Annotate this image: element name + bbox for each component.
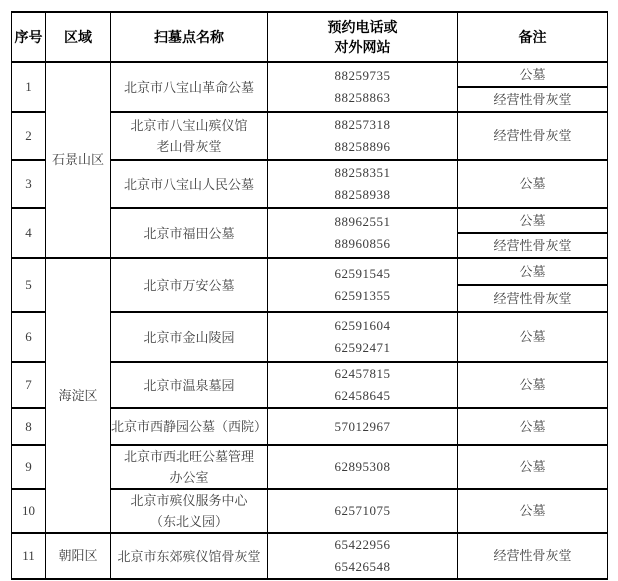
phone-cell: 62571075: [268, 489, 458, 533]
phone-number: 62895308: [268, 456, 457, 478]
seq-cell: 10: [12, 489, 46, 533]
site-name-line: 北京市万安公墓: [111, 275, 267, 296]
remark-cell: 公墓: [458, 258, 608, 285]
region-cell-haidian: 海淀区: [46, 258, 111, 533]
site-name-cell: 北京市东郊殡仪馆骨灰堂: [111, 533, 268, 579]
phone-number: 62591355: [268, 285, 457, 307]
phone-number: 57012967: [268, 416, 457, 438]
region-cell-shijingshan: 石景山区: [46, 62, 111, 258]
seq-cell: 7: [12, 362, 46, 408]
site-name-line: 北京市福田公墓: [111, 223, 267, 244]
site-name-cell: 北京市金山陵园: [111, 312, 268, 362]
remark-cell: 经营性骨灰堂: [458, 233, 608, 258]
table-row: 11 朝阳区 北京市东郊殡仪馆骨灰堂 65422956 65426548 经营性…: [12, 533, 608, 579]
header-seq: 序号: [12, 12, 46, 62]
site-name-line: 老山骨灰堂: [111, 136, 267, 157]
remark-cell: 公墓: [458, 160, 608, 208]
phone-number: 88960856: [268, 233, 457, 255]
site-name-cell: 北京市温泉墓园: [111, 362, 268, 408]
phone-cell: 62457815 62458645: [268, 362, 458, 408]
site-name-line: 北京市八宝山殡仪馆: [111, 115, 267, 136]
remark-cell: 公墓: [458, 208, 608, 233]
phone-number: 88259735: [268, 65, 457, 87]
phone-number: 88962551: [268, 211, 457, 233]
phone-number: 62592471: [268, 337, 457, 359]
site-name-cell: 北京市殡仪服务中心 （东北义园）: [111, 489, 268, 533]
site-name-cell: 北京市西北旺公墓管理 办公室: [111, 445, 268, 489]
site-name-line: （东北义园）: [111, 511, 267, 532]
phone-cell: 88257318 88258896: [268, 112, 458, 160]
seq-cell: 9: [12, 445, 46, 489]
phone-cell: 88258351 88258938: [268, 160, 458, 208]
remark-cell: 经营性骨灰堂: [458, 87, 608, 112]
phone-number: 65426548: [268, 556, 457, 578]
phone-number: 65422956: [268, 534, 457, 556]
phone-number: 62571075: [268, 500, 457, 522]
seq-cell: 2: [12, 112, 46, 160]
phone-number: 62457815: [268, 363, 457, 385]
phone-cell: 62895308: [268, 445, 458, 489]
header-site-name: 扫墓点名称: [111, 12, 268, 62]
site-name-cell: 北京市福田公墓: [111, 208, 268, 258]
remark-cell: 公墓: [458, 489, 608, 533]
seq-cell: 3: [12, 160, 46, 208]
remark-cell: 公墓: [458, 362, 608, 408]
remark-cell: 经营性骨灰堂: [458, 112, 608, 160]
site-name-line: 北京市西北旺公墓管理: [111, 446, 267, 467]
site-name-line: 北京市温泉墓园: [111, 375, 267, 396]
remark-cell: 经营性骨灰堂: [458, 285, 608, 312]
site-name-cell: 北京市万安公墓: [111, 258, 268, 312]
seq-cell: 1: [12, 62, 46, 112]
remark-cell: 经营性骨灰堂: [458, 533, 608, 579]
table-row: 5 海淀区 北京市万安公墓 62591545 62591355 公墓: [12, 258, 608, 285]
header-phone-line2: 对外网站: [268, 37, 457, 57]
region-cell-chaoyang: 朝阳区: [46, 533, 111, 579]
seq-cell: 6: [12, 312, 46, 362]
site-name-line: 北京市八宝山人民公墓: [111, 174, 267, 195]
phone-number: 62591604: [268, 315, 457, 337]
table-header-row: 序号 区域 扫墓点名称 预约电话或 对外网站 备注: [12, 12, 608, 62]
phone-cell: 65422956 65426548: [268, 533, 458, 579]
site-name-line: 北京市殡仪服务中心: [111, 490, 267, 511]
site-name-cell: 北京市八宝山殡仪馆 老山骨灰堂: [111, 112, 268, 160]
site-name-line: 办公室: [111, 467, 267, 488]
seq-cell: 5: [12, 258, 46, 312]
phone-cell: 62591545 62591355: [268, 258, 458, 312]
site-name-cell: 北京市八宝山人民公墓: [111, 160, 268, 208]
seq-cell: 8: [12, 408, 46, 445]
table-row: 1 石景山区 北京市八宝山革命公墓 88259735 88258863 公墓: [12, 62, 608, 87]
phone-number: 88257318: [268, 114, 457, 136]
remark-cell: 公墓: [458, 408, 608, 445]
phone-number: 88258351: [268, 162, 457, 184]
site-name-cell: 北京市西静园公墓（西院）: [111, 408, 268, 445]
phone-cell: 88259735 88258863: [268, 62, 458, 112]
phone-cell: 57012967: [268, 408, 458, 445]
site-name-cell: 北京市八宝山革命公墓: [111, 62, 268, 112]
site-name-line: 北京市八宝山革命公墓: [111, 77, 267, 98]
cemetery-sites-table: 序号 区域 扫墓点名称 预约电话或 对外网站 备注 1 石景山区 北京市八宝山革…: [11, 11, 608, 580]
header-phone-line1: 预约电话或: [268, 17, 457, 37]
phone-number: 88258863: [268, 87, 457, 109]
remark-cell: 公墓: [458, 445, 608, 489]
header-remark: 备注: [458, 12, 608, 62]
remark-cell: 公墓: [458, 312, 608, 362]
site-name-line: 北京市西静园公墓（西院）: [111, 416, 267, 437]
phone-number: 62458645: [268, 385, 457, 407]
phone-cell: 62591604 62592471: [268, 312, 458, 362]
phone-number: 88258896: [268, 136, 457, 158]
seq-cell: 11: [12, 533, 46, 579]
site-name-line: 北京市东郊殡仪馆骨灰堂: [111, 546, 267, 567]
site-name-line: 北京市金山陵园: [111, 327, 267, 348]
phone-number: 62591545: [268, 263, 457, 285]
phone-cell: 88962551 88960856: [268, 208, 458, 258]
header-region: 区域: [46, 12, 111, 62]
seq-cell: 4: [12, 208, 46, 258]
remark-cell: 公墓: [458, 62, 608, 87]
phone-number: 88258938: [268, 184, 457, 206]
header-phone: 预约电话或 对外网站: [268, 12, 458, 62]
